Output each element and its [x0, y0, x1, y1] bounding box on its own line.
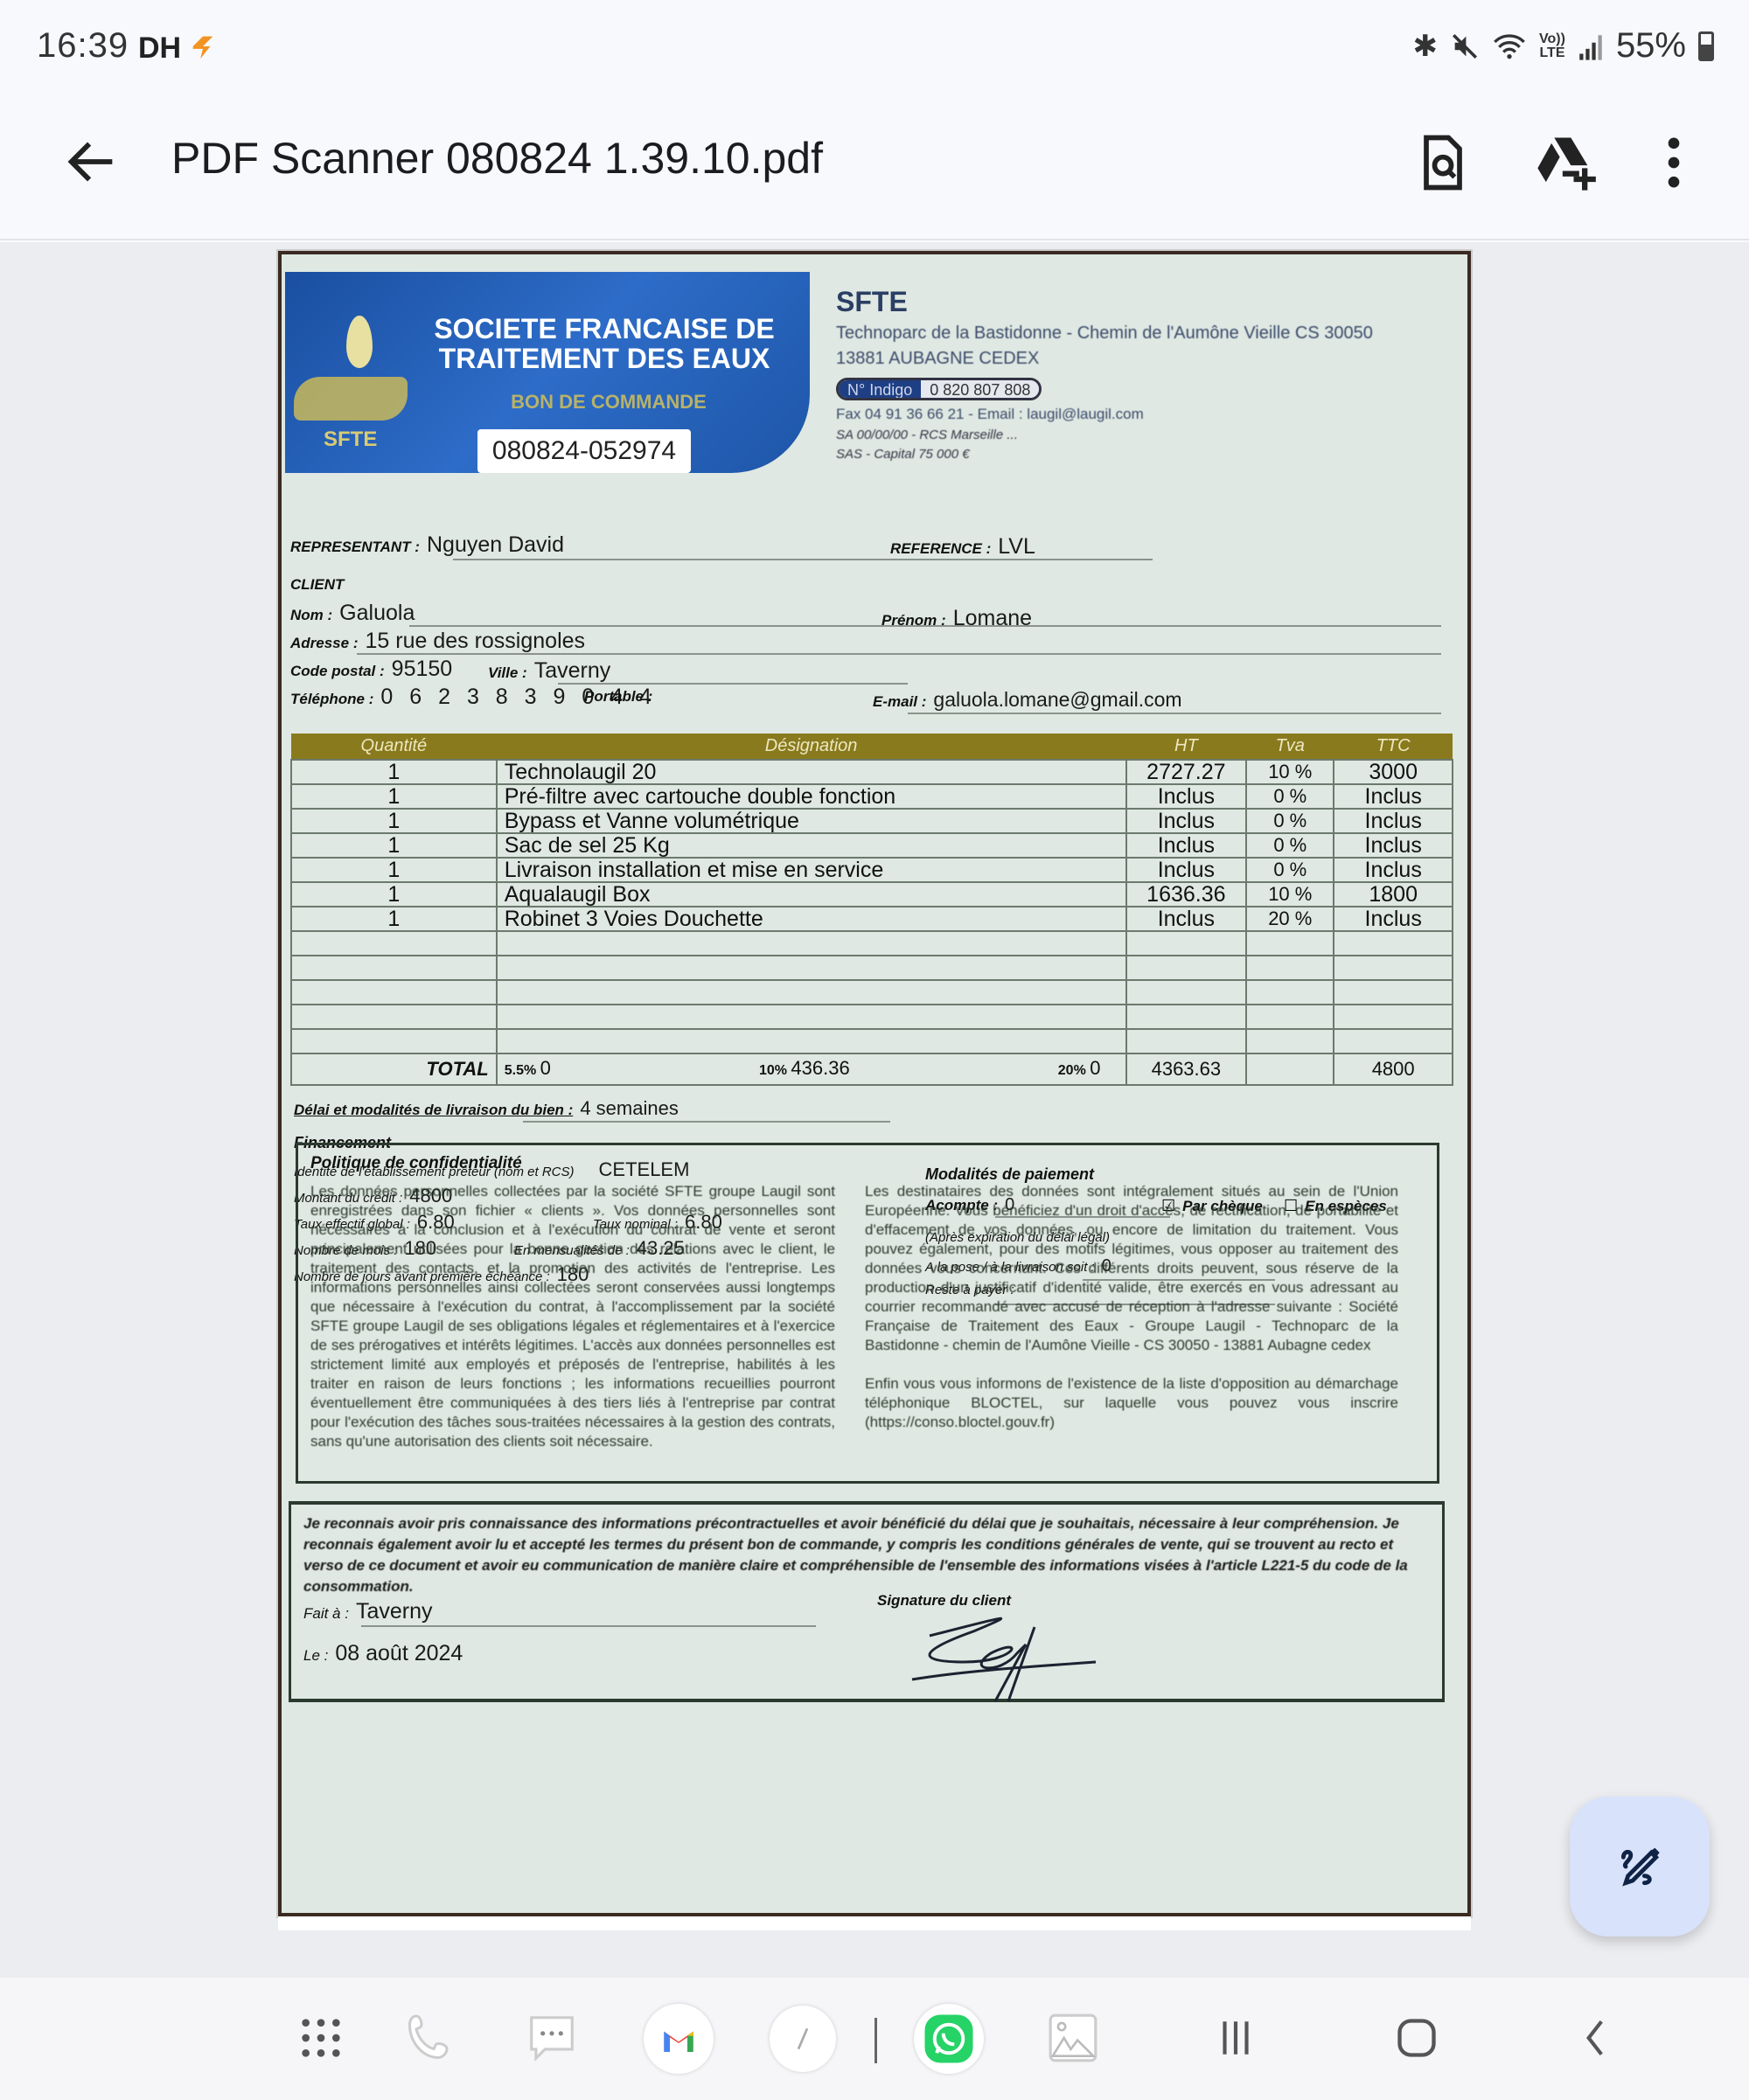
- cell-empty: [497, 1005, 1126, 1029]
- table-header-4: TTC: [1334, 734, 1453, 760]
- table-row: 1Sac de sel 25 KgInclus0 %Inclus: [291, 833, 1453, 858]
- home-icon[interactable]: [1386, 2007, 1447, 2069]
- battery-icon: [1698, 31, 1714, 61]
- client-code-postal: Code postal :95150: [290, 657, 452, 682]
- client-section-label: CLIENT: [290, 576, 344, 594]
- cell-empty: [1126, 1029, 1247, 1053]
- total-ht: 4363.63: [1126, 1053, 1247, 1085]
- status-icons: ✱ Vo))LTE 55%: [1413, 26, 1714, 66]
- order-table: QuantitéDésignationHTTvaTTC 1Technolaugi…: [290, 734, 1453, 1086]
- client-signature: [895, 1601, 1122, 1706]
- cell-quantity: 1: [291, 809, 497, 833]
- navigation-bar: [0, 1978, 1749, 2100]
- cell-designation: Livraison installation et mise en servic…: [497, 858, 1126, 882]
- table-row: 1Pré-filtre avec cartouche double foncti…: [291, 784, 1453, 809]
- cell-empty: [291, 1029, 497, 1053]
- cell-empty: [291, 956, 497, 980]
- page-bottom-strip: [278, 1916, 1471, 1930]
- cell-empty: [497, 956, 1126, 980]
- acknowledgement-box: Je reconnais avoir pris connaissance des…: [289, 1501, 1445, 1702]
- cell-empty: [1126, 980, 1247, 1005]
- total-tva-breakdown: 5.5% 010% 436.3620% 0: [497, 1053, 1126, 1085]
- cell-empty: [1334, 980, 1453, 1005]
- cell-quantity: 1: [291, 882, 497, 907]
- cell-empty: [1126, 931, 1247, 956]
- client-prenom: Prénom :Lomane: [881, 606, 1032, 631]
- carrier-badge: DH: [138, 31, 181, 66]
- privacy-text-col2: Les destinataires des données sont intég…: [865, 1182, 1398, 1432]
- cell-ht: Inclus: [1126, 784, 1247, 809]
- privacy-text-col1: Les données personnelles collectées par …: [310, 1182, 835, 1451]
- cell-quantity: 1: [291, 858, 497, 882]
- total-tva-amount: 5.5% 0: [505, 1058, 551, 1081]
- table-row: 1Robinet 3 Voies DouchetteInclus20 %Incl…: [291, 907, 1453, 931]
- cell-ttc: 1800: [1334, 882, 1453, 907]
- add-to-drive-icon[interactable]: [1532, 129, 1599, 196]
- table-row-empty: [291, 1005, 1453, 1029]
- gmail-icon[interactable]: [644, 2004, 714, 2074]
- client-ville: Ville :Taverny: [488, 658, 610, 684]
- clock: 16:39: [37, 26, 129, 66]
- cell-designation: Aqualaugil Box: [497, 882, 1126, 907]
- cell-empty: [497, 1029, 1126, 1053]
- logo-emblem: [294, 377, 408, 421]
- cell-quantity: 1: [291, 907, 497, 931]
- client-adresse: Adresse :15 rue des rossignoles: [290, 629, 585, 654]
- fill-and-sign-button[interactable]: [1570, 1797, 1710, 1937]
- indigo-number-badge: N° Indigo0 820 807 808: [836, 378, 1042, 400]
- whatsapp-icon[interactable]: [914, 2004, 984, 2074]
- cell-ttc: Inclus: [1334, 858, 1453, 882]
- logo-text: SFTE: [324, 428, 377, 452]
- table-total-row: TOTAL5.5% 010% 436.3620% 04363.634800: [291, 1053, 1453, 1085]
- total-label: TOTAL: [291, 1053, 497, 1085]
- notification-heart-icon: [187, 31, 219, 61]
- cell-tva: 20 %: [1246, 907, 1334, 931]
- cell-tva: 10 %: [1246, 882, 1334, 907]
- table-row: 1Bypass et Vanne volumétriqueInclus0 %In…: [291, 809, 1453, 833]
- cell-quantity: 1: [291, 784, 497, 809]
- client-nom: Nom :Galuola: [290, 601, 415, 626]
- cell-empty: [1246, 980, 1334, 1005]
- gallery-icon[interactable]: [1042, 2007, 1104, 2069]
- delivery-field: Délai et modalités de livraison du bien …: [294, 1097, 679, 1120]
- order-number: 080824-052974: [477, 429, 691, 473]
- cell-designation: Pré-filtre avec cartouche double fonctio…: [497, 784, 1126, 809]
- volte-icon: Vo))LTE: [1539, 32, 1565, 60]
- search-document-icon[interactable]: [1410, 129, 1476, 196]
- cell-designation: Technolaugil 20: [497, 760, 1126, 784]
- total-ttc: 4800: [1334, 1053, 1453, 1085]
- company-contact: SFTE Technoparc de la Bastidonne - Chemi…: [836, 286, 1373, 462]
- cell-designation: Sac de sel 25 Kg: [497, 833, 1126, 858]
- messages-icon[interactable]: [521, 2007, 582, 2069]
- company-name: SOCIETE FRANCAISE DE TRAITEMENT DES EAUX: [416, 314, 792, 373]
- draw-signature-icon: [1612, 1839, 1668, 1895]
- screen: 16:39 DH ✱ Vo))LTE 55% PDF Scanner 08082…: [0, 0, 1749, 2100]
- cell-empty: [291, 931, 497, 956]
- cell-quantity: 1: [291, 833, 497, 858]
- table-row-empty: [291, 956, 1453, 980]
- cell-ttc: Inclus: [1334, 809, 1453, 833]
- representative-field: REPRESENTANT :Nguyen David: [290, 532, 564, 558]
- cell-ht: 2727.27: [1126, 760, 1247, 784]
- dock-divider: [874, 2018, 877, 2063]
- back-arrow-icon[interactable]: [61, 131, 122, 192]
- pdf-viewer[interactable]: SFTE SOCIETE FRANCAISE DE TRAITEMENT DES…: [0, 242, 1749, 1978]
- recents-icon[interactable]: [1205, 2007, 1266, 2069]
- cell-empty: [497, 931, 1126, 956]
- cell-ht: Inclus: [1126, 833, 1247, 858]
- cell-tva: 0 %: [1246, 809, 1334, 833]
- total-tva-amount: 20% 0: [1058, 1058, 1101, 1081]
- cell-tva: 10 %: [1246, 760, 1334, 784]
- water-drop-logo-icon: [346, 316, 373, 368]
- reference-field: REFERENCE :LVL: [890, 534, 1035, 560]
- cell-ttc: Inclus: [1334, 907, 1453, 931]
- cell-tva: 0 %: [1246, 858, 1334, 882]
- cell-empty: [1126, 956, 1247, 980]
- cell-quantity: 1: [291, 760, 497, 784]
- client-email: E-mail :galuola.lomane@gmail.com: [873, 688, 1182, 712]
- signed-date: Le :08 août 2024: [303, 1641, 463, 1666]
- table-header-3: Tva: [1246, 734, 1334, 760]
- cell-empty: [1334, 956, 1453, 980]
- cell-empty: [1334, 1005, 1453, 1029]
- status-bar: 16:39 DH ✱ Vo))LTE 55%: [0, 0, 1749, 96]
- table-row-empty: [291, 980, 1453, 1005]
- cell-tva: 0 %: [1246, 784, 1334, 809]
- table-row: 1Livraison installation et mise en servi…: [291, 858, 1453, 882]
- cell-empty: [1246, 1029, 1334, 1053]
- document-title: PDF Scanner 080824 1.39.10.pdf: [171, 133, 823, 184]
- wifi-icon: [1492, 31, 1527, 61]
- more-vert-icon[interactable]: [1641, 129, 1707, 196]
- apps-grid-icon[interactable]: [290, 2007, 352, 2069]
- cell-ht: Inclus: [1126, 858, 1247, 882]
- table-row-empty: [291, 931, 1453, 956]
- table-header-0: Quantité: [291, 734, 497, 760]
- battery-percent: 55%: [1616, 26, 1686, 66]
- app-bar: PDF Scanner 080824 1.39.10.pdf: [0, 96, 1749, 240]
- phone-icon[interactable]: [399, 2007, 460, 2069]
- cell-ttc: Inclus: [1334, 784, 1453, 809]
- mute-icon: [1450, 31, 1480, 61]
- browser-icon[interactable]: [770, 2006, 836, 2072]
- cell-empty: [497, 980, 1126, 1005]
- cell-ht: Inclus: [1126, 809, 1247, 833]
- table-row: 1Technolaugil 202727.2710 %3000: [291, 760, 1453, 784]
- cell-designation: Robinet 3 Voies Douchette: [497, 907, 1126, 931]
- privacy-policy-box: Politique de confidentialité Les données…: [296, 1143, 1439, 1484]
- cell-ttc: Inclus: [1334, 833, 1453, 858]
- cell-ht: 1636.36: [1126, 882, 1247, 907]
- document-type: BON DE COMMANDE: [442, 391, 775, 414]
- total-tva-empty: [1246, 1053, 1334, 1085]
- pdf-page: SFTE SOCIETE FRANCAISE DE TRAITEMENT DES…: [278, 251, 1471, 1916]
- cell-ht: Inclus: [1126, 907, 1247, 931]
- cell-empty: [291, 1005, 497, 1029]
- cell-empty: [1126, 1005, 1247, 1029]
- cell-empty: [1246, 1005, 1334, 1029]
- cell-designation: Bypass et Vanne volumétrique: [497, 809, 1126, 833]
- cell-empty: [1246, 956, 1334, 980]
- cell-empty: [1334, 931, 1453, 956]
- client-portable: Portable :: [584, 688, 659, 706]
- table-header-1: Désignation: [497, 734, 1126, 760]
- table-row: 1Aqualaugil Box1636.3610 %1800: [291, 882, 1453, 907]
- signed-place: Fait à :Taverny: [303, 1599, 433, 1624]
- cell-tva: 0 %: [1246, 833, 1334, 858]
- signal-icon: [1578, 31, 1604, 61]
- back-icon[interactable]: [1565, 2007, 1627, 2069]
- table-header-2: HT: [1126, 734, 1247, 760]
- cell-empty: [1246, 931, 1334, 956]
- cell-empty: [291, 980, 497, 1005]
- table-row-empty: [291, 1029, 1453, 1053]
- cell-empty: [1334, 1029, 1453, 1053]
- company-banner: SFTE SOCIETE FRANCAISE DE TRAITEMENT DES…: [285, 272, 810, 473]
- bluetooth-icon: ✱: [1413, 29, 1439, 64]
- cell-ttc: 3000: [1334, 760, 1453, 784]
- total-tva-amount: 10% 436.36: [759, 1058, 850, 1081]
